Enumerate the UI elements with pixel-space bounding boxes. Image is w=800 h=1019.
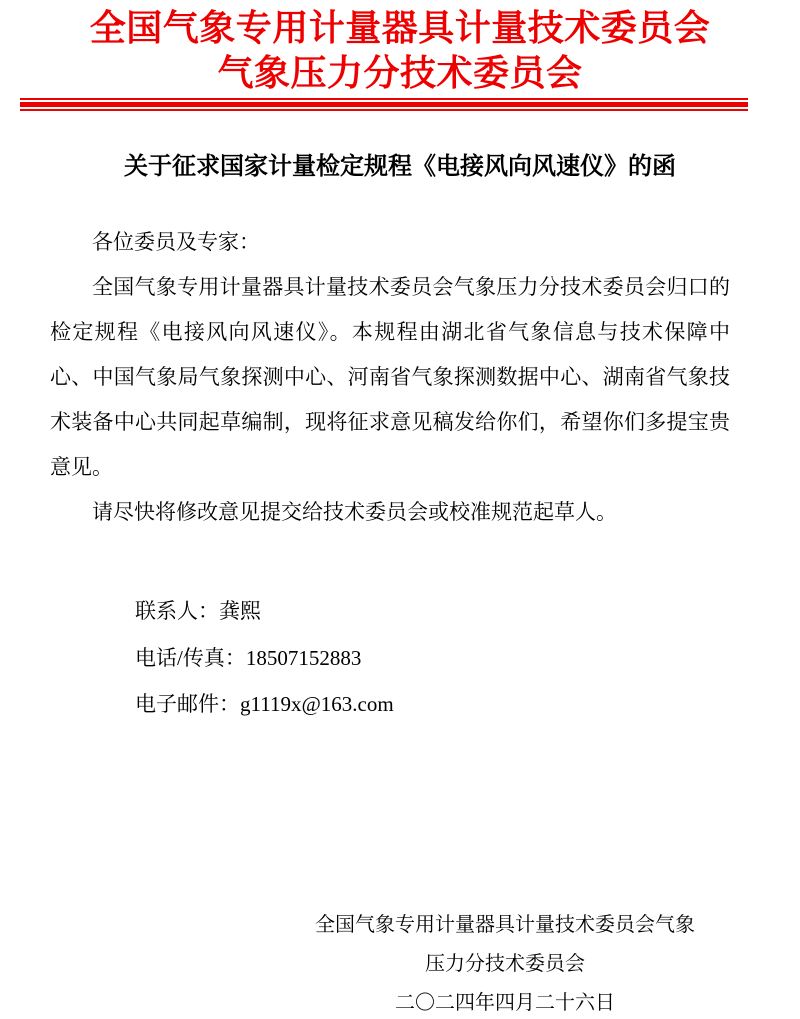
contact-phone-line: 电话/传真：18507152883 [135, 635, 394, 682]
letterhead: 全国气象专用计量器具计量技术委员会 气象压力分技术委员会 [0, 6, 800, 96]
document-subject: 关于征求国家计量检定规程《电接风向风速仪》的函 [0, 150, 800, 182]
contact-person-value: 龚熙 [219, 599, 261, 623]
paragraph-request: 请尽快将修改意见提交给技术委员会或校准规范起草人。 [50, 490, 730, 535]
contact-email-value: g1119x@163.com [240, 692, 394, 716]
paragraph-main: 全国气象专用计量器具计量技术委员会气象压力分技术委员会归口的检定规程《电接风向风… [50, 265, 730, 490]
contact-email-line: 电子邮件：g1119x@163.com [135, 681, 394, 728]
signature-block: 全国气象专用计量器具计量技术委员会气象 压力分技术委员会 二〇二四年四月二十六日 [205, 906, 800, 1019]
letterhead-org-line1: 全国气象专用计量器具计量技术委员会 [0, 6, 800, 51]
contact-phone-label: 电话/传真： [135, 646, 246, 670]
contact-email-label: 电子邮件： [135, 692, 240, 716]
contact-block: 联系人：龚熙 电话/传真：18507152883 电子邮件：g1119x@163… [135, 588, 394, 728]
letterhead-org-line2: 气象压力分技术委员会 [0, 51, 800, 96]
letterhead-divider [20, 98, 748, 111]
document-page: 全国气象专用计量器具计量技术委员会 气象压力分技术委员会 关于征求国家计量检定规… [0, 0, 800, 1019]
signature-org-line1: 全国气象专用计量器具计量技术委员会气象 [205, 906, 800, 945]
signature-org-line2: 压力分技术委员会 [205, 945, 800, 984]
document-body: 各位委员及专家： 全国气象专用计量器具计量技术委员会气象压力分技术委员会归口的检… [50, 220, 730, 535]
signature-date: 二〇二四年四月二十六日 [205, 984, 800, 1019]
divider-thin-bottom [20, 109, 748, 111]
contact-person-line: 联系人：龚熙 [135, 588, 394, 635]
contact-phone-value: 18507152883 [246, 646, 362, 670]
contact-person-label: 联系人： [135, 599, 219, 623]
salutation: 各位委员及专家： [50, 220, 730, 265]
